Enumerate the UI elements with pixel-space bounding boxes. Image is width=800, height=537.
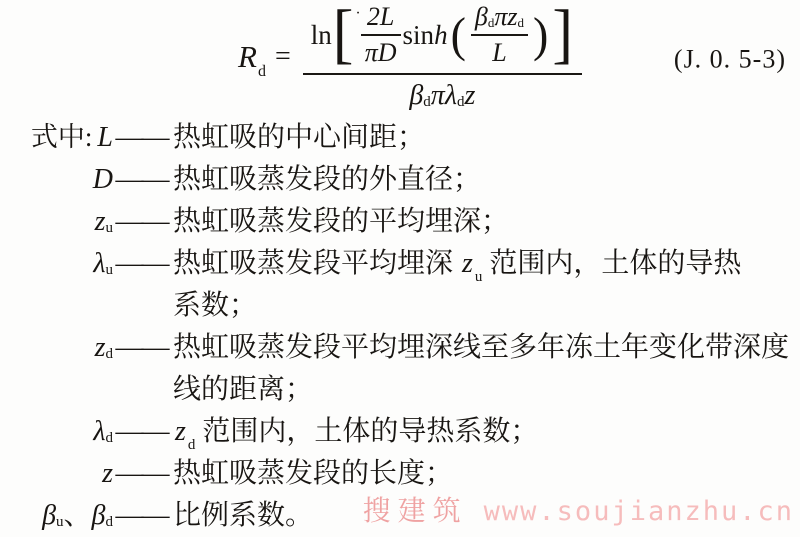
em-dash: —— — [113, 117, 170, 159]
symbol-pi-lambda: πλ — [431, 80, 457, 112]
symbol-z: z — [102, 453, 113, 495]
em-dash: —— — [113, 243, 170, 285]
left-bracket: [ — [333, 5, 354, 65]
text-continuation: 系数； — [173, 285, 800, 327]
symbol-pi-z: πz — [494, 2, 517, 32]
definition-text: 热虹吸蒸发段的平均埋深； — [170, 201, 800, 243]
symbol-z: z — [95, 327, 106, 369]
symbol-R: R — [238, 39, 258, 74]
fraction-top: βdπzd — [471, 2, 528, 34]
definition-text: 热虹吸蒸发段平均埋深 zu 范围内，土体的导热 系数； — [170, 243, 800, 327]
em-dash: —— — [113, 327, 170, 369]
definition-text: zd 范围内，土体的导热系数； — [170, 411, 800, 453]
symbol-cell: λd — [0, 411, 113, 453]
text-segment: 热虹吸蒸发段平均埋深 — [173, 248, 460, 279]
definition-row-L: 式中:L —— 热虹吸的中心间距； — [0, 116, 800, 159]
symbol-L: L — [97, 117, 113, 159]
definition-row-lambda-u: λu —— 热虹吸蒸发段平均埋深 zu 范围内，土体的导热 系数； — [0, 243, 800, 327]
inline-symbol-z: z — [460, 248, 475, 279]
equation-block: Rd = ln [ · 2L πD sinh ( βdπzd L ) ] βdπ… — [0, 0, 800, 114]
symbol-cell: λu — [0, 243, 113, 285]
definition-row-z: z —— 热虹吸蒸发段的长度； — [0, 453, 800, 495]
fraction-bottom: πD — [361, 34, 401, 68]
em-dash: —— — [113, 495, 170, 537]
left-paren: ( — [451, 13, 466, 56]
equals-sign: = — [275, 41, 291, 73]
definition-row-zd: zd —— 热虹吸蒸发段平均埋深线至多年冻土年变化带深度 线的距离； — [0, 327, 800, 411]
symbol-cell: βu、βd — [0, 495, 113, 537]
definition-text: 热虹吸蒸发段的长度； — [170, 453, 800, 495]
subscript-d: d — [258, 63, 267, 80]
sinh-function: sin — [403, 20, 435, 51]
right-bracket: ] — [552, 5, 573, 65]
fraction-2L-piD: 2L πD — [361, 2, 401, 68]
definition-row-zu: zu —— 热虹吸蒸发段的平均埋深； — [0, 201, 800, 243]
definition-row-D: D —— 热虹吸蒸发段的外直径； — [0, 159, 800, 201]
symbol-beta: β — [409, 80, 423, 112]
symbol-z: z — [95, 201, 106, 243]
em-dash: —— — [113, 159, 170, 201]
definition-row-lambda-d: λd —— zd 范围内，土体的导热系数； — [0, 411, 800, 453]
symbol-cell: zd — [0, 327, 113, 369]
em-dash: —— — [113, 201, 170, 243]
sinh-h: h — [434, 20, 448, 51]
symbol-cell: 式中:L — [0, 116, 113, 159]
enumeration-comma: 、 — [64, 495, 92, 537]
symbol-cell: z — [0, 453, 113, 495]
text-continuation: 线的距离； — [173, 369, 800, 411]
definition-text: 热虹吸蒸发段的外直径； — [170, 159, 800, 201]
symbol-beta: β — [475, 2, 488, 32]
subscript-u: u — [475, 269, 483, 285]
subscript-d: d — [188, 437, 196, 453]
text-segment: 范围内，土体的导热 — [482, 248, 741, 279]
em-dash: —— — [113, 453, 170, 495]
formula-intro-label: 式中: — [31, 116, 93, 158]
text-segment: 热虹吸蒸发段平均埋深线至多年冻土年变化带深度 — [173, 332, 789, 363]
em-dash: —— — [113, 411, 170, 453]
definition-text: 比例系数。 — [170, 495, 800, 537]
right-paren: ) — [533, 13, 548, 56]
symbol-L: L — [492, 38, 506, 68]
equation-lhs: Rd — [238, 39, 267, 75]
ln-function: ln — [311, 20, 332, 51]
inline-symbol-z: z — [173, 416, 188, 447]
definitions-list: 式中:L —— 热虹吸的中心间距； D —— 热虹吸蒸发段的外直径； zu ——… — [0, 114, 800, 537]
numerator: ln [ · 2L πD sinh ( βdπzd L ) ] — [303, 2, 582, 73]
definition-text: 热虹吸的中心间距； — [170, 117, 800, 159]
symbol-beta: β — [92, 495, 106, 537]
text-segment: 范围内，土体的导热系数； — [195, 416, 538, 447]
symbol-z: z — [464, 80, 475, 112]
symbol-cell: zu — [0, 201, 113, 243]
symbol-beta: β — [42, 495, 56, 537]
fraction-bottom: L — [471, 34, 528, 68]
definition-text: 热虹吸蒸发段平均埋深线至多年冻土年变化带深度 线的距离； — [170, 327, 800, 411]
symbol-lambda: λ — [93, 411, 105, 453]
symbol-lambda: λ — [93, 243, 105, 285]
equation-number: (J. 0. 5-3) — [674, 44, 786, 74]
symbol-D: D — [93, 159, 113, 201]
definition-row-beta: βu、βd —— 比例系数。 — [0, 495, 800, 537]
fraction-beta-pi-zd-L: βdπzd L — [471, 2, 528, 68]
denominator: βdπλdz — [303, 73, 582, 112]
fraction-top: 2L — [363, 2, 398, 34]
main-fraction: ln [ · 2L πD sinh ( βdπzd L ) ] βdπλdz — [303, 2, 582, 112]
symbol-cell: D — [0, 159, 113, 201]
